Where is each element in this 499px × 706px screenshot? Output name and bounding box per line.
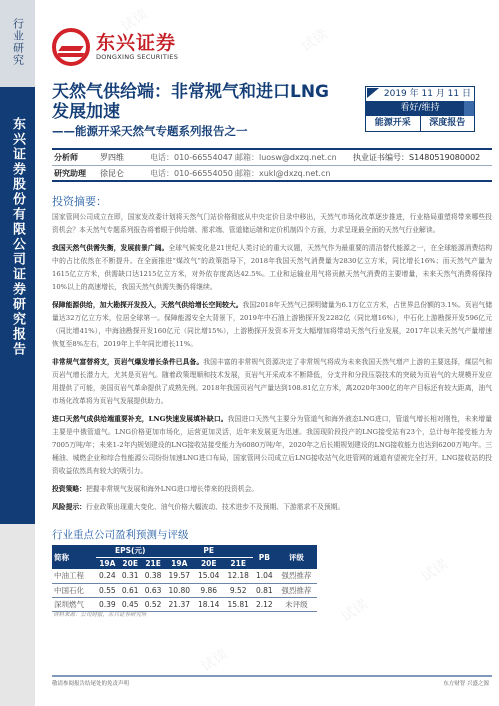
cell: 21.37 — [165, 597, 194, 611]
company-logo: 东兴证券 DONGXING SECURITIES — [52, 28, 178, 66]
logo-cn-text: 东兴证券 — [96, 33, 178, 53]
report-date: 2019 年 11 月 11 日 — [366, 87, 474, 101]
cell: 0.38 — [142, 569, 165, 583]
col-year: 19A — [96, 557, 119, 569]
company-name: 深圳燃气 — [52, 597, 96, 611]
category-label: 行业研究 — [10, 18, 26, 87]
paragraph-lead: 我国天然气供需失衡，发展前景广阔。 — [52, 244, 168, 252]
earnings-forecast-table: 简称 EPS(元) PE PB 评级 19A 20E 21E 19A 20E 2… — [52, 545, 317, 612]
rating-cell: 强烈推荐 — [276, 583, 317, 597]
table-row: 中油工程 0.24 0.31 0.38 19.57 15.04 12.18 1.… — [52, 569, 317, 583]
col-name: 简称 — [52, 545, 96, 569]
watermark: 试读 — [197, 644, 231, 676]
table-title: 行业重点公司盈利预测与评级 — [52, 527, 189, 542]
col-year: 21E — [223, 557, 252, 569]
risk-warning: 风险提示：行业政策出现重大变化、油气价格大幅波动、技术进步不及预期、下游需求不及… — [52, 501, 492, 514]
footer-divider — [52, 675, 492, 677]
report-type-label: 深度报告 — [421, 116, 475, 131]
col-year: 19A — [165, 557, 194, 569]
analyst-phone: 电话：010-66554047 — [150, 152, 235, 163]
analyst-cert: 执业证书编号：S1480519080002 — [353, 152, 480, 163]
summary-body: 国家管网公司成立在即，国家发改委计划将天然气门站价格彻底从中央定价目录中移出，天… — [52, 211, 492, 519]
paragraph-lead: 保障能源供给，加大勘探开发投入，天然气供给增长空间较大。 — [52, 301, 243, 309]
cell: 18.14 — [194, 597, 223, 611]
analyst-role: 分析师 — [52, 152, 100, 163]
cell: 0.39 — [96, 597, 119, 611]
table-row: 深圳燃气 0.39 0.45 0.52 21.37 18.14 15.81 2.… — [52, 597, 317, 611]
cell: 0.55 — [96, 583, 119, 597]
analyst-name: 罗四维 — [100, 152, 150, 163]
paragraph-lead: 投资策略： — [52, 485, 86, 493]
cell: 0.45 — [119, 597, 142, 611]
watermark: 试读 — [417, 554, 451, 586]
analyst-email[interactable]: 邮箱：xukl@dxzq.net.cn — [235, 168, 353, 179]
col-rating: 评级 — [276, 545, 317, 569]
paragraph-lead: 进口天然气成供给端重要补充，LNG快速发展填补缺口。 — [52, 415, 228, 423]
analyst-email[interactable]: 邮箱：luosw@dxzq.net.cn — [235, 152, 353, 163]
cell: 0.81 — [253, 583, 276, 597]
cell: 2.12 — [253, 597, 276, 611]
col-year: 20E — [194, 557, 223, 569]
cell: 0.24 — [96, 569, 119, 583]
cell: 0.61 — [119, 583, 142, 597]
cell: 12.18 — [223, 569, 252, 583]
report-title: 天然气供给端：非常规气和进口LNG发展加速 — [52, 82, 332, 122]
rating-cell: 未评级 — [276, 597, 317, 611]
summary-paragraph: 非常规气富替将支，页岩气爆发增长条件已具备。我国丰富的非常规气资源决定了非常规气… — [52, 356, 492, 408]
logo-en-text: DONGXING SECURITIES — [96, 53, 178, 61]
analyst-phone: 电话：010-66554050 — [150, 168, 235, 179]
cell: 0.63 — [142, 583, 165, 597]
company-report-label: 东兴证券股份有限公司证券研究报告 — [8, 117, 27, 524]
summary-heading: 投资摘要： — [52, 193, 107, 209]
cell: 9.86 — [194, 583, 223, 597]
analyst-row: 分析师 罗四维 电话：010-66554047 邮箱：luosw@dxzq.ne… — [52, 150, 492, 165]
cell: 15.81 — [223, 597, 252, 611]
footer-slogan: 东方财智 兴盛之源 — [443, 679, 489, 687]
summary-paragraph: 保障能源供给，加大勘探开发投入，天然气供给增长空间较大。我国2018年天然气已探… — [52, 299, 492, 351]
cell: 0.31 — [119, 569, 142, 583]
cell: 19.57 — [165, 569, 194, 583]
left-sidebar: 行业研究 东兴证券股份有限公司证券研究报告 — [0, 0, 35, 706]
cell: 1.04 — [253, 569, 276, 583]
sector-label: 能源开采 — [366, 116, 421, 131]
analyst-role: 研究助理 — [52, 168, 100, 179]
rating-cell: 强烈推荐 — [276, 569, 317, 583]
col-pb: PB — [253, 545, 276, 569]
table-source: 资料来源：公司财报，东兴证券研究所 — [53, 610, 147, 618]
table-row: 中国石化 0.55 0.61 0.63 10.80 9.86 9.52 0.81… — [52, 583, 317, 597]
investment-strategy: 投资策略：把握非常规气发展和海外LNG进口增长带来的投资机会。 — [52, 483, 492, 496]
analyst-name: 徐昆仑 — [100, 168, 150, 179]
company-name: 中国石化 — [52, 583, 96, 597]
cell: 9.52 — [223, 583, 252, 597]
analyst-row: 研究助理 徐昆仑 电话：010-66554050 邮箱：xukl@dxzq.ne… — [52, 165, 492, 180]
sidebar-company-band: 东兴证券股份有限公司证券研究报告 — [0, 87, 35, 524]
analyst-table: 分析师 罗四维 电话：010-66554047 邮箱：luosw@dxzq.ne… — [52, 148, 492, 182]
rating-badge: 看好/维持 — [366, 101, 474, 116]
paragraph-lead: 非常规气富替将支，页岩气爆发增长条件已具备。 — [52, 358, 203, 366]
col-eps: EPS(元) — [96, 545, 165, 557]
paragraph-text: 把握非常规气发展和海外LNG进口增长带来的投资机会。 — [86, 485, 258, 493]
cell: 10.80 — [165, 583, 194, 597]
logo-mark-icon — [52, 28, 90, 66]
sidebar-category: 行业研究 — [0, 0, 35, 87]
paragraph-text: 行业政策出现重大变化、油气价格大幅波动、技术进步不及预期、下游需求不及预期。 — [86, 503, 344, 511]
report-info-box: 2019 年 11 月 11 日 看好/维持 能源开采 深度报告 — [365, 86, 475, 132]
paragraph-text: 国家管网公司成立在即，国家发改委计划将天然气门站价格彻底从中央定价目录中移出，天… — [52, 213, 492, 234]
footer-disclaimer[interactable]: 敬请参阅报告结尾处的免责声明 — [52, 679, 129, 687]
col-year: 20E — [119, 557, 142, 569]
watermark: 试读 — [337, 594, 371, 626]
summary-paragraph: 进口天然气成供给端重要补充，LNG快速发展填补缺口。我国进口天然气主要分为管道气… — [52, 413, 492, 478]
col-year: 21E — [142, 557, 165, 569]
report-subtitle: ——能源开采天然气专题系列报告之一 — [52, 123, 248, 139]
watermark: 试读 — [297, 24, 331, 56]
cell: 15.04 — [194, 569, 223, 583]
paragraph-text: 我国进口天然气主要分为管道气和海外液态LNG进口，管道气增长相对刚性，未来增量主… — [52, 415, 492, 475]
cell: 0.52 — [142, 597, 165, 611]
summary-paragraph: 国家管网公司成立在即，国家发改委计划将天然气门站价格彻底从中央定价目录中移出，天… — [52, 211, 492, 237]
paragraph-lead: 风险提示： — [52, 503, 86, 511]
col-pe: PE — [165, 545, 253, 557]
summary-paragraph: 我国天然气供需失衡，发展前景广阔。全球气候变化是21世纪人类讨论的重大议题，天然… — [52, 242, 492, 294]
company-name: 中油工程 — [52, 569, 96, 583]
